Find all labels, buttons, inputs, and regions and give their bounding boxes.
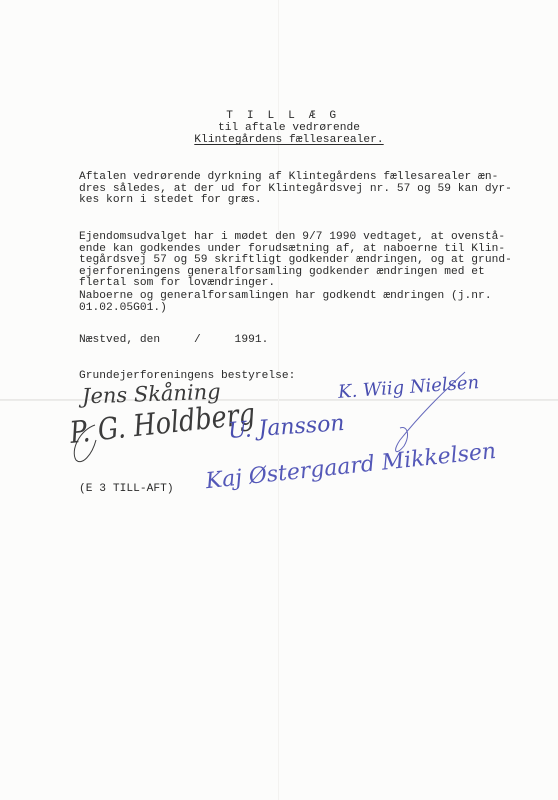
document-page: T I L L Æ G til aftale vedrørende Klinte… <box>0 0 558 800</box>
signature-flourish-icon <box>0 0 558 800</box>
reference-code: (E 3 TILL-AFT) <box>79 484 174 496</box>
